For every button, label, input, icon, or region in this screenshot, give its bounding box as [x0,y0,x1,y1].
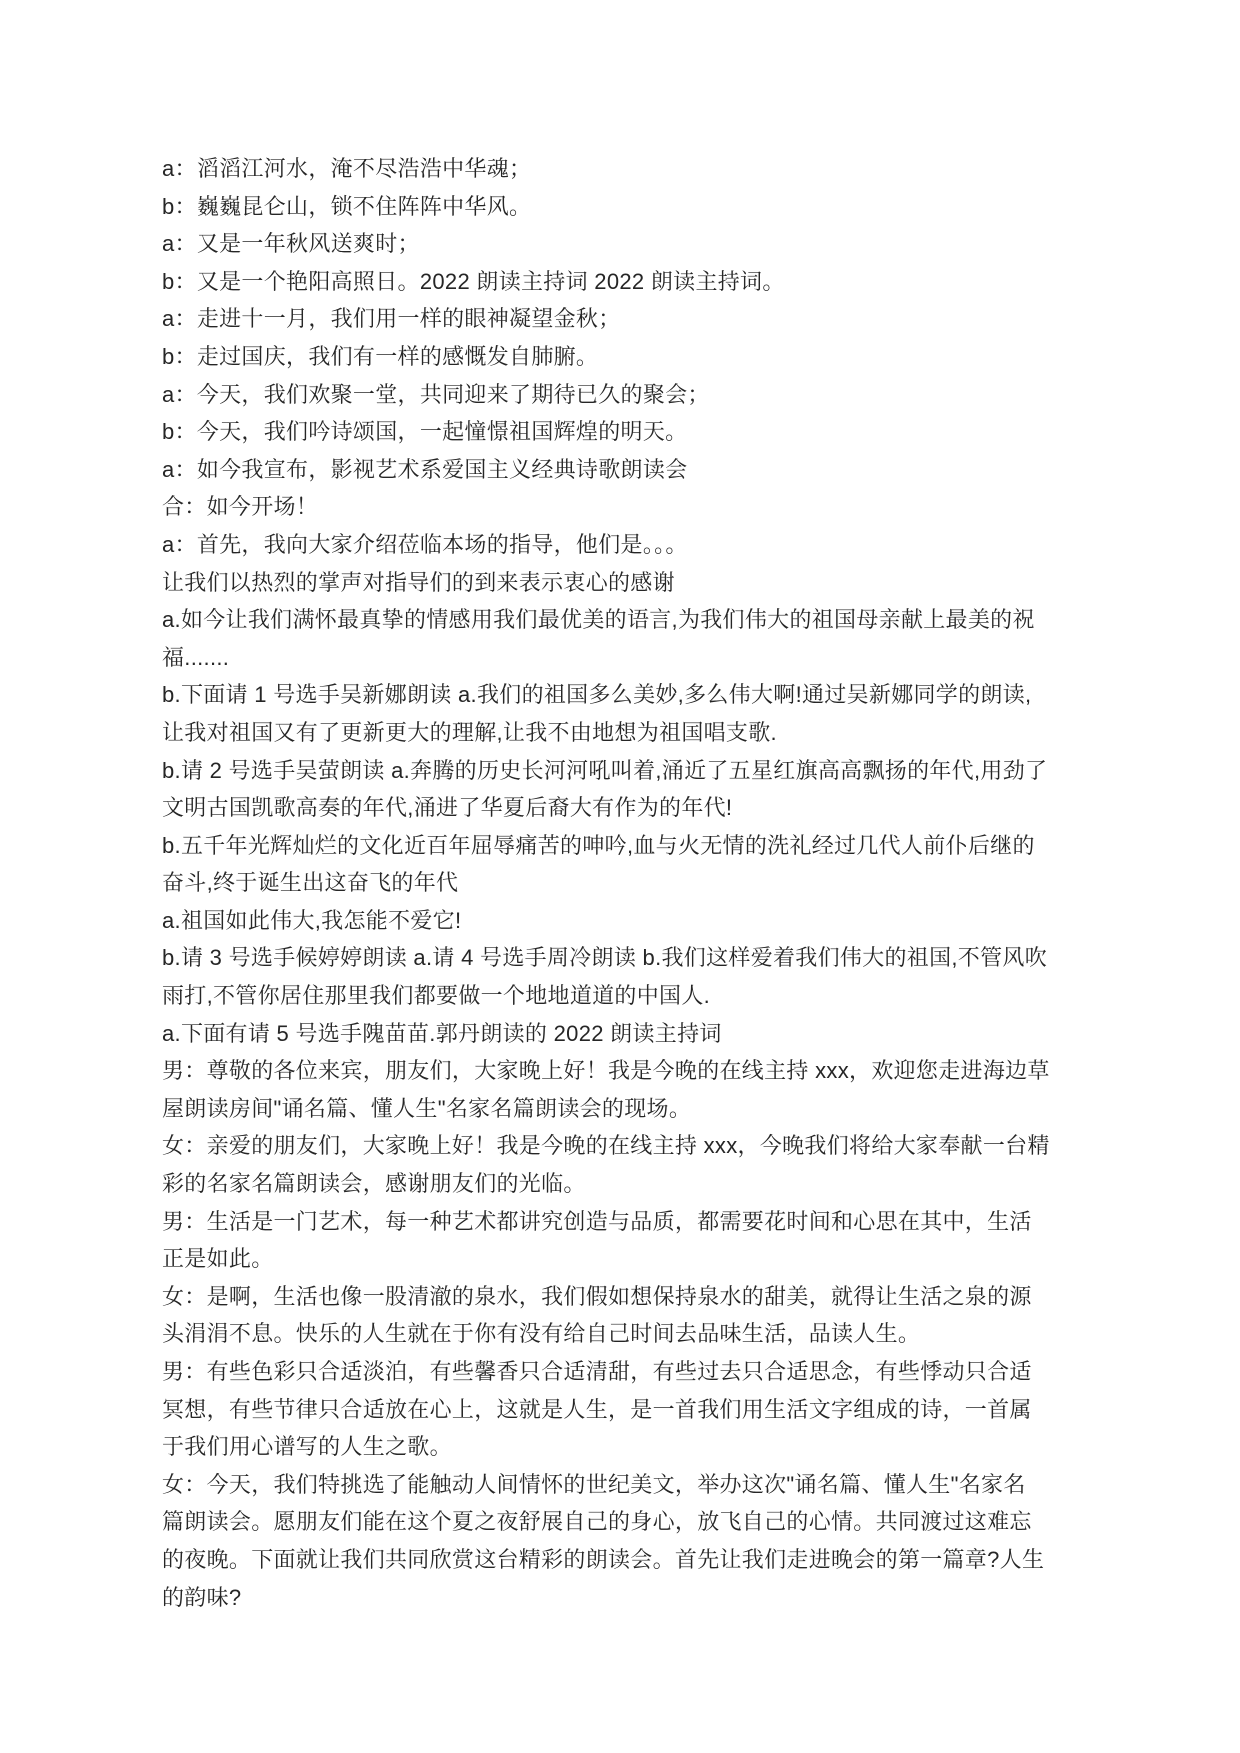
text-line: 男：有些色彩只合适淡泊，有些馨香只合适清甜，有些过去只合适思念，有些悸动只合适 [162,1353,1110,1391]
text-line: 的夜晚。下面就让我们共同欣赏这台精彩的朗读会。首先让我们走进晚会的第一篇章?人生 [162,1541,1110,1579]
text-line: 福....... [162,639,1110,677]
text-line: 让我对祖国又有了更新更大的理解,让我不由地想为祖国唱支歌. [162,714,1110,752]
text-line: a：滔滔江河水，淹不尽浩浩中华魂； [162,150,1110,188]
text-line: b.五千年光辉灿烂的文化近百年屈辱痛苦的呻吟,血与火无情的洗礼经过几代人前仆后继… [162,827,1110,865]
text-line: a.下面有请 5 号选手隗苗苗.郭丹朗读的 2022 朗读主持词 [162,1015,1110,1053]
text-line: 让我们以热烈的掌声对指导们的到来表示衷心的感谢 [162,564,1110,602]
text-line: b.请 2 号选手吴萤朗读 a.奔腾的历史长河河吼叫着,涌近了五星红旗高高飘扬的… [162,752,1110,790]
text-line: b：又是一个艳阳高照日。2022 朗读主持词 2022 朗读主持词。 [162,263,1110,301]
text-line: b：走过国庆，我们有一样的感慨发自肺腑。 [162,338,1110,376]
text-line: 篇朗读会。愿朋友们能在这个夏之夜舒展自己的身心，放飞自己的心情。共同渡过这难忘 [162,1503,1110,1541]
text-line: 冥想，有些节律只合适放在心上，这就是人生，是一首我们用生活文字组成的诗，一首属 [162,1391,1110,1429]
text-line: 男：尊敬的各位来宾，朋友们，大家晚上好！我是今晚的在线主持 xxx，欢迎您走进海… [162,1052,1110,1090]
text-line: 奋斗,终于诞生出这奋飞的年代 [162,864,1110,902]
text-line: 头涓涓不息。快乐的人生就在于你有没有给自己时间去品味生活，品读人生。 [162,1315,1110,1353]
text-line: a.祖国如此伟大,我怎能不爱它! [162,902,1110,940]
text-line: 文明古国凯歌高奏的年代,涌进了华夏后裔大有作为的年代! [162,789,1110,827]
text-line: 女：亲爱的朋友们，大家晚上好！我是今晚的在线主持 xxx，今晚我们将给大家奉献一… [162,1127,1110,1165]
text-line: b.请 3 号选手候婷婷朗读 a.请 4 号选手周冷朗读 b.我们这样爱着我们伟… [162,939,1110,977]
text-line: 正是如此。 [162,1240,1110,1278]
text-line: 彩的名家名篇朗读会，感谢朋友们的光临。 [162,1165,1110,1203]
text-line: a：走进十一月，我们用一样的眼神凝望金秋； [162,300,1110,338]
text-line: 女：今天，我们特挑选了能触动人间情怀的世纪美文，举办这次"诵名篇、懂人生"名家名 [162,1466,1110,1504]
text-line: a：又是一年秋风送爽时； [162,225,1110,263]
text-line: b：巍巍昆仑山，锁不住阵阵中华风。 [162,188,1110,226]
text-line: 于我们用心谱写的人生之歌。 [162,1428,1110,1466]
document-text: a：滔滔江河水，淹不尽浩浩中华魂；b：巍巍昆仑山，锁不住阵阵中华风。a：又是一年… [162,150,1110,1616]
text-line: b：今天，我们吟诗颂国，一起憧憬祖国辉煌的明天。 [162,413,1110,451]
text-line: a.如今让我们满怀最真挚的情感用我们最优美的语言,为我们伟大的祖国母亲献上最美的… [162,601,1110,639]
text-line: 的韵味? [162,1579,1110,1617]
text-line: a：首先，我向大家介绍莅临本场的指导，他们是。。。 [162,526,1110,564]
document-page: a：滔滔江河水，淹不尽浩浩中华魂；b：巍巍昆仑山，锁不住阵阵中华风。a：又是一年… [0,0,1240,1753]
text-line: a：今天，我们欢聚一堂，共同迎来了期待已久的聚会； [162,376,1110,414]
text-line: 女：是啊，生活也像一股清澈的泉水，我们假如想保持泉水的甜美，就得让生活之泉的源 [162,1278,1110,1316]
text-line: 雨打,不管你居住那里我们都要做一个地地道道的中国人. [162,977,1110,1015]
text-line: a：如今我宣布，影视艺术系爱国主义经典诗歌朗读会 [162,451,1110,489]
text-line: 屋朗读房间"诵名篇、懂人生"名家名篇朗读会的现场。 [162,1090,1110,1128]
text-line: b.下面请 1 号选手吴新娜朗读 a.我们的祖国多么美妙,多么伟大啊!通过吴新娜… [162,676,1110,714]
text-line: 合：如今开场！ [162,488,1110,526]
text-line: 男：生活是一门艺术，每一种艺术都讲究创造与品质，都需要花时间和心思在其中，生活 [162,1203,1110,1241]
